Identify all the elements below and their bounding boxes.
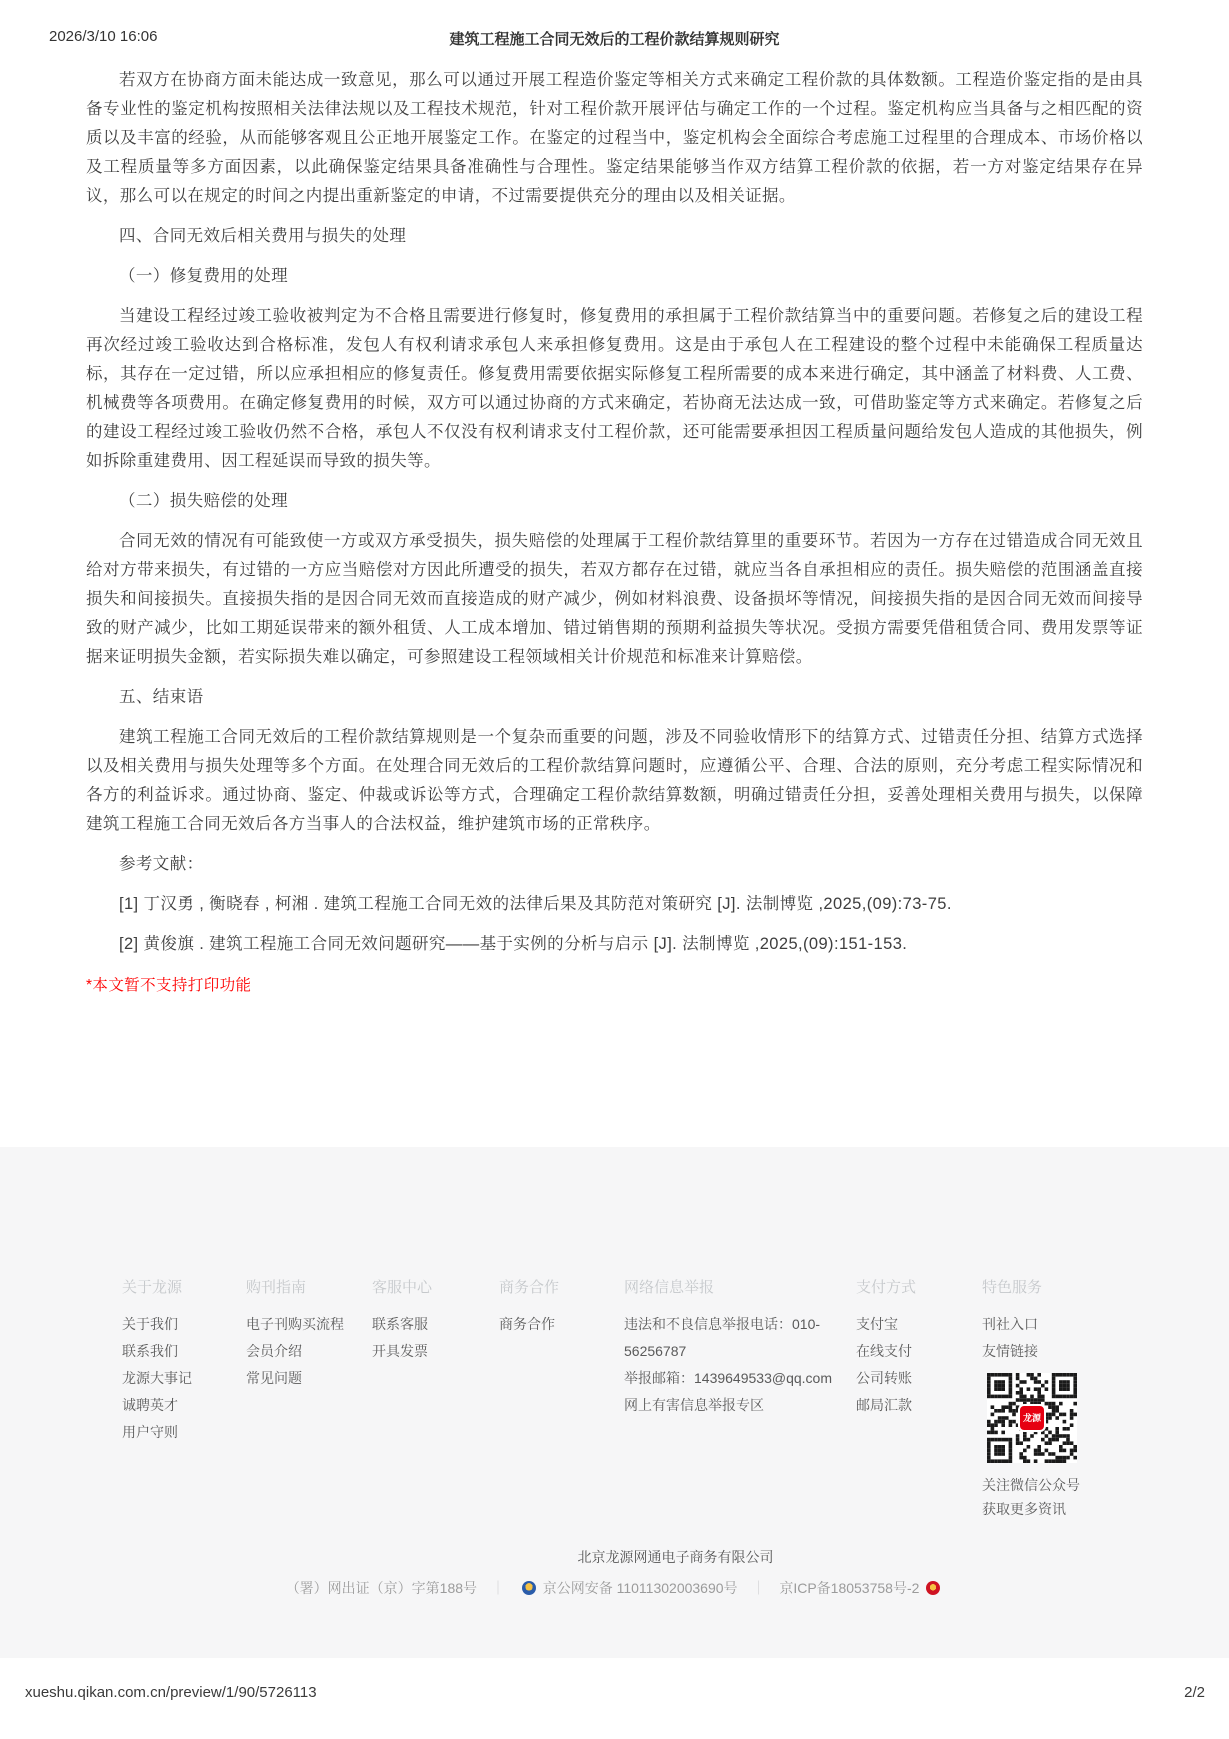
footer-link[interactable]: 关于我们 — [122, 1311, 246, 1338]
article-heading: （二）损失赔偿的处理 — [86, 487, 1143, 516]
national-emblem-icon — [926, 1581, 940, 1595]
footer-column-1: 购刊指南电子刊购买流程会员介绍常见问题 — [246, 1278, 372, 1392]
footer-link[interactable]: 刊社入口 — [982, 1311, 1202, 1338]
article-heading: 五、结束语 — [86, 683, 1143, 712]
license-separator: ｜ — [491, 1580, 505, 1596]
footer-column-title: 特色服务 — [982, 1278, 1202, 1298]
footer-link[interactable]: 联系我们 — [122, 1338, 246, 1365]
footer-link[interactable]: 在线支付 — [856, 1338, 982, 1365]
company-name: 北京龙源网通电子商务有限公司 — [122, 1547, 1229, 1567]
footer-column-title: 支付方式 — [856, 1278, 982, 1298]
print-header: 2026/3/10 16:06 建筑工程施工合同无效后的工程价款结算规则研究 — [0, 0, 1229, 50]
footer-column-title: 商务合作 — [499, 1278, 624, 1298]
footer-column-title: 关于龙源 — [122, 1278, 246, 1298]
footer-link[interactable]: 友情链接 — [982, 1338, 1202, 1365]
article-para: 合同无效的情况有可能致使一方或双方承受损失，损失赔偿的处理属于工程价款结算里的重… — [86, 527, 1143, 672]
article-heading: （一）修复费用的处理 — [86, 262, 1143, 291]
public-security-badge-icon — [522, 1581, 536, 1595]
wechat-qr-code: 龙源 — [987, 1373, 1077, 1463]
footer-link[interactable]: 网上有害信息举报专区 — [624, 1392, 836, 1419]
footer-column-4: 网络信息举报违法和不良信息举报电话：010-56256787举报邮箱：14396… — [624, 1278, 856, 1419]
article-para: 建筑工程施工合同无效后的工程价款结算规则是一个复杂而重要的问题，涉及不同验收情形… — [86, 723, 1143, 839]
longyuan-logo-text: 龙源 — [1023, 1414, 1041, 1423]
qr-caption-line1: 关注微信公众号 — [982, 1473, 1202, 1497]
article-heading: 四、合同无效后相关费用与损失的处理 — [86, 222, 1143, 251]
article-para: 当建设工程经过竣工验收被判定为不合格且需要进行修复时，修复费用的承担属于工程价款… — [86, 302, 1143, 476]
article-ref: [2] 黄俊旗 . 建筑工程施工合同无效问题研究——基于实例的分析与启示 [J]… — [86, 930, 1143, 959]
footer-link[interactable]: 诚聘英才 — [122, 1392, 246, 1419]
article-para: 若双方在协商方面未能达成一致意见，那么可以通过开展工程造价鉴定等相关方式来确定工… — [86, 66, 1143, 211]
footer-link[interactable]: 会员介绍 — [246, 1338, 372, 1365]
footer-link[interactable]: 联系客服 — [372, 1311, 499, 1338]
wechat-qr-block: 龙源关注微信公众号获取更多资讯 — [982, 1373, 1202, 1521]
footer-column-title: 购刊指南 — [246, 1278, 372, 1298]
license-separator: ｜ — [751, 1580, 765, 1596]
longyuan-logo-icon: 龙源 — [1018, 1404, 1046, 1432]
footer-link[interactable]: 用户守则 — [122, 1419, 246, 1446]
footer-text: 违法和不良信息举报电话：010-56256787 — [624, 1311, 836, 1365]
footer-column-3: 商务合作商务合作 — [499, 1278, 624, 1338]
article-note: *本文暂不支持打印功能 — [86, 971, 1143, 1000]
footer-column-5: 支付方式支付宝在线支付公司转账邮局汇款 — [856, 1278, 982, 1419]
qr-caption-line2: 获取更多资讯 — [982, 1497, 1202, 1521]
article-ref: [1] 丁汉勇 , 衡晓春 , 柯湘 . 建筑工程施工合同无效的法律后果及其防范… — [86, 890, 1143, 919]
qr-caption: 关注微信公众号获取更多资讯 — [982, 1473, 1202, 1521]
footer-link[interactable]: 龙源大事记 — [122, 1365, 246, 1392]
footer-link[interactable]: 公司转账 — [856, 1365, 982, 1392]
footer-link[interactable]: 邮局汇款 — [856, 1392, 982, 1419]
article-heading: 参考文献： — [86, 850, 1143, 879]
footer-link[interactable]: 支付宝 — [856, 1311, 982, 1338]
footer-link[interactable]: 电子刊购买流程 — [246, 1311, 372, 1338]
footer-link[interactable]: 常见问题 — [246, 1365, 372, 1392]
license-line: （署）网出证（京）字第188号 ｜ 京公网安备 11011302003690号 … — [0, 1577, 1229, 1599]
psb-record-number: 京公网安备 11011302003690号 — [543, 1580, 738, 1596]
publication-permit-number: （署）网出证（京）字第188号 — [286, 1580, 477, 1596]
footer-column-title: 客服中心 — [372, 1278, 499, 1298]
page-title: 建筑工程施工合同无效后的工程价款结算规则研究 — [49, 28, 1180, 49]
footer-text: 举报邮箱：1439649533@qq.com — [624, 1365, 836, 1392]
site-footer: 关于龙源关于我们联系我们龙源大事记诚聘英才用户守则购刊指南电子刊购买流程会员介绍… — [0, 1147, 1229, 1658]
footer-column-0: 关于龙源关于我们联系我们龙源大事记诚聘英才用户守则 — [122, 1278, 246, 1446]
page-url: xueshu.qikan.com.cn/preview/1/90/5726113 — [25, 1684, 317, 1701]
page-number: 2/2 — [1184, 1684, 1205, 1701]
print-statusbar: xueshu.qikan.com.cn/preview/1/90/5726113… — [0, 1684, 1229, 1701]
footer-link-columns: 关于龙源关于我们联系我们龙源大事记诚聘英才用户守则购刊指南电子刊购买流程会员介绍… — [122, 1278, 1229, 1521]
footer-column-title: 网络信息举报 — [624, 1278, 836, 1298]
icp-record-number: 京ICP备18053758号-2 — [779, 1580, 919, 1596]
footer-link[interactable]: 开具发票 — [372, 1338, 499, 1365]
footer-column-6: 特色服务刊社入口友情链接龙源关注微信公众号获取更多资讯 — [982, 1278, 1202, 1521]
print-datetime: 2026/3/10 16:06 — [49, 28, 157, 45]
article-body: 若双方在协商方面未能达成一致意见，那么可以通过开展工程造价鉴定等相关方式来确定工… — [86, 66, 1143, 1000]
footer-column-2: 客服中心联系客服开具发票 — [372, 1278, 499, 1365]
footer-link[interactable]: 商务合作 — [499, 1311, 624, 1338]
